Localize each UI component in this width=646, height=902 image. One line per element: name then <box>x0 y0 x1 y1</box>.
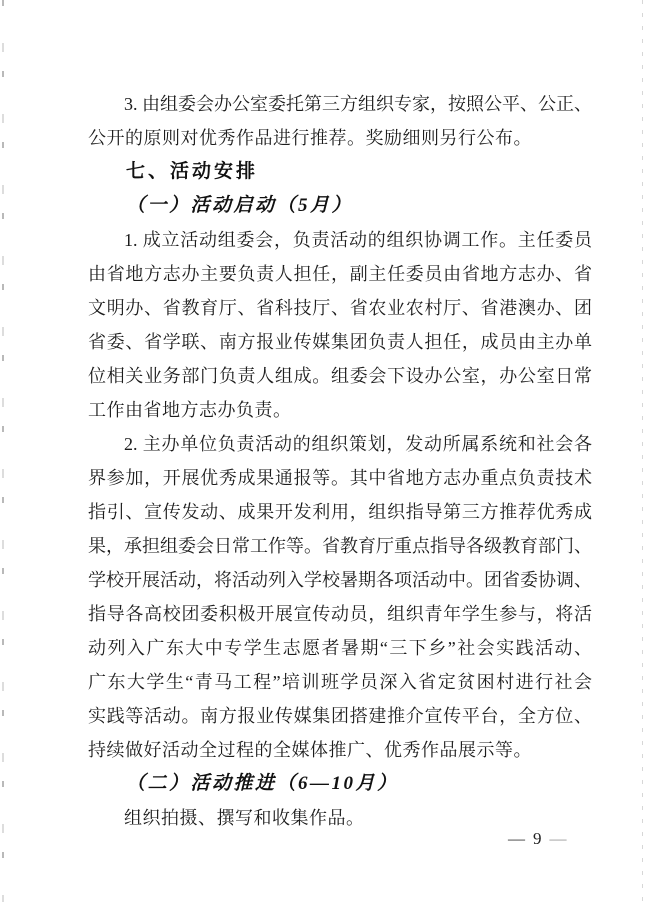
page-number-value: 9 <box>533 829 543 848</box>
document-body: 3. 由组委会办公室委托第三方组织专家，按照公平、公正、公开的原则对优秀作品进行… <box>88 87 592 835</box>
page-number-dash-right: — <box>550 829 568 848</box>
text-line: 工作由省地方志办负责。 <box>88 393 592 427</box>
text-line: 学校开展活动，将活动列入学校暑期各项活动中。团省委协调、 <box>88 563 592 597</box>
page-number-dash-left: — <box>508 829 526 848</box>
text-line: 3. 由组委会办公室委托第三方组织专家，按照公平、公正、 <box>88 87 592 121</box>
text-line: 界参加，开展优秀成果通报等。其中省地方志办重点负责技术 <box>88 461 592 495</box>
paragraph: 3. 由组委会办公室委托第三方组织专家，按照公平、公正、公开的原则对优秀作品进行… <box>88 87 592 155</box>
text-line: 七、活动安排 <box>88 155 592 189</box>
scan-edge-artifact-right <box>642 0 643 902</box>
text-line: 动列入广东大中专学生志愿者暑期“三下乡”社会实践活动、 <box>88 631 592 665</box>
text-line: 由省地方志办主要负责人担任，副主任委员由省地方志办、省 <box>88 257 592 291</box>
section-heading: （一）活动启动（5月） <box>88 189 592 223</box>
text-line: 持续做好活动全过程的全媒体推广、优秀作品展示等。 <box>88 733 592 767</box>
text-line: 实践等活动。南方报业传媒集团搭建推介宣传平台，全方位、 <box>88 699 592 733</box>
text-line: 1. 成立活动组委会，负责活动的组织协调工作。主任委员 <box>88 223 592 257</box>
page-number: —9— <box>508 829 568 849</box>
text-line: （一）活动启动（5月） <box>88 189 592 223</box>
text-line: 指引、宣传发动、成果开发利用，组织指导第三方推荐优秀成 <box>88 495 592 529</box>
text-line: （二）活动推进（6—10月） <box>88 767 592 801</box>
text-line: 指导各高校团委积极开展宣传动员，组织青年学生参与，将活 <box>88 597 592 631</box>
text-line: 广东大学生“青马工程”培训班学员深入省定贫困村进行社会 <box>88 665 592 699</box>
text-line: 文明办、省教育厅、省科技厅、省农业农村厅、省港澳办、团 <box>88 291 592 325</box>
text-line: 果，承担组委会日常工作等。省教育厅重点指导各级教育部门、 <box>88 529 592 563</box>
scan-edge-artifact-left <box>2 0 4 902</box>
text-line: 省委、省学联、南方报业传媒集团负责人担任，成员由主办单 <box>88 325 592 359</box>
paragraph: 1. 成立活动组委会，负责活动的组织协调工作。主任委员由省地方志办主要负责人担任… <box>88 223 592 427</box>
section-heading: （二）活动推进（6—10月） <box>88 767 592 801</box>
document-page: 3. 由组委会办公室委托第三方组织专家，按照公平、公正、公开的原则对优秀作品进行… <box>0 0 646 902</box>
text-line: 2. 主办单位负责活动的组织策划，发动所属系统和社会各 <box>88 427 592 461</box>
text-line: 公开的原则对优秀作品进行推荐。奖励细则另行公布。 <box>88 121 592 155</box>
section-heading: 七、活动安排 <box>88 155 592 189</box>
text-line: 位相关业务部门负责人组成。组委会下设办公室，办公室日常 <box>88 359 592 393</box>
paragraph: 2. 主办单位负责活动的组织策划，发动所属系统和社会各界参加，开展优秀成果通报等… <box>88 427 592 767</box>
